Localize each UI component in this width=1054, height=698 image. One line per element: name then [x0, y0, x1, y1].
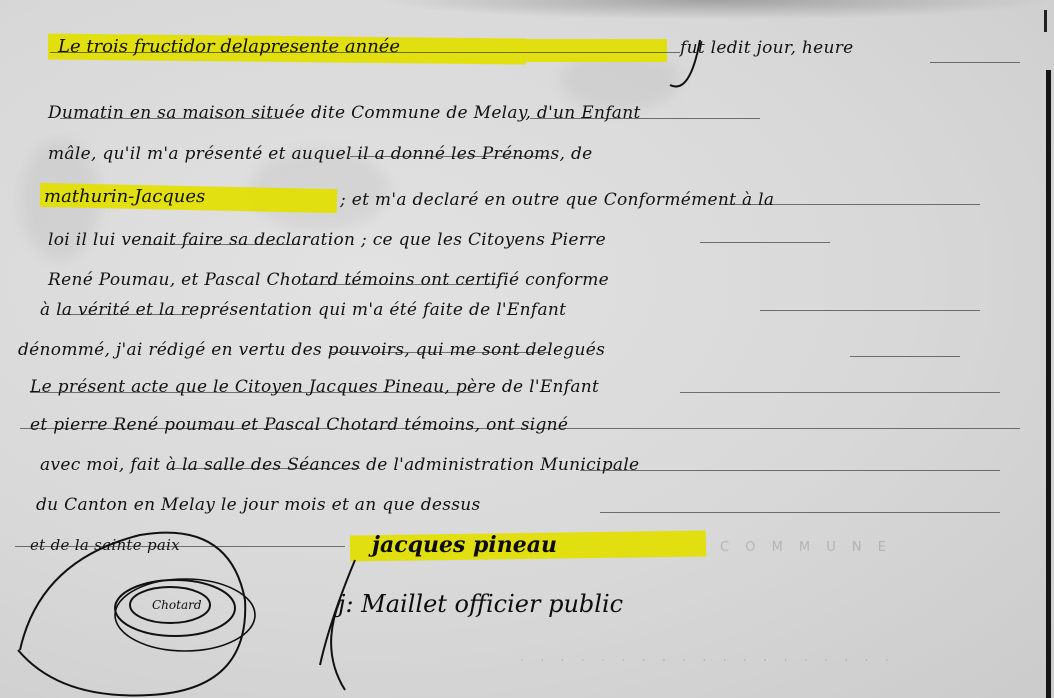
signature-chotard: Chotard [152, 598, 202, 612]
signature-maillet-officier-public: j: Maillet officier public [338, 590, 623, 618]
document-scan: C O M M U N E . . . . . . . . . . . . . … [0, 0, 1054, 698]
